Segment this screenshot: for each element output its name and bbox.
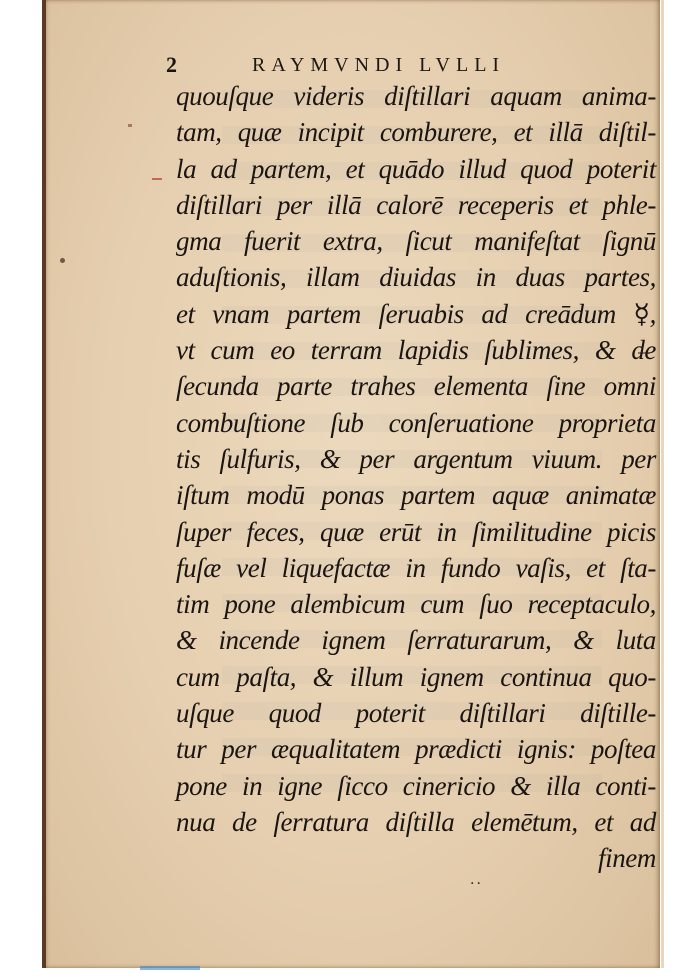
text-line: ſecunda parte trahes elementa ſine omni	[176, 368, 656, 404]
text-line: combuſtione ſub conſeruatione proprieta	[176, 405, 656, 441]
book-page: 2 RAYMVNDI LVLLI quouſque videris diſtil…	[42, 0, 660, 968]
text-line: iſtum modū ponas partem aquæ animatæ	[176, 477, 656, 513]
page-number: 2	[166, 52, 177, 78]
text-line: tis ſulfuris, & per argentum viuum. per	[176, 441, 656, 477]
text-line: quouſque videris diſtillari aquam anima-	[176, 78, 656, 114]
catchword: finem	[176, 840, 656, 876]
page-header: 2 RAYMVNDI LVLLI	[42, 48, 660, 80]
text-line: vt cum eo terram lapidis ſublimes, & de	[176, 332, 656, 368]
text-line: tur per æqualitatem prædicti ignis: poſt…	[176, 731, 656, 767]
text-line: tam, quæ incipit comburere, et illā diſt…	[176, 114, 656, 150]
text-line: ſuper feces, quæ erūt in ſimilitudine pi…	[176, 514, 656, 550]
ink-spot	[60, 258, 65, 263]
text-line: diſtillari per illā calorē receperis et …	[176, 187, 656, 223]
text-line: nua de ſerratura diſtilla elemētum, et a…	[176, 804, 656, 840]
body-text: quouſque videris diſtillari aquam anima-…	[176, 78, 656, 877]
running-head: RAYMVNDI LVLLI	[252, 54, 505, 77]
ornament-dots: ..	[470, 872, 483, 888]
text-line: gma fuerit extra, ſicut manifeſtat ſignū	[176, 223, 656, 259]
red-fleck	[152, 178, 162, 180]
text-line: tim pone alembicum cum ſuo receptaculo,	[176, 586, 656, 622]
text-line: & incende ignem ſerraturarum, & luta	[176, 622, 656, 658]
text-line: aduſtionis, illam diuidas in duas partes…	[176, 259, 656, 295]
scan-artifact	[140, 966, 200, 970]
paper-fleck	[128, 124, 132, 127]
text-line: et vnam partem ſeruabis ad creādum ☿,	[176, 296, 656, 332]
text-line: cum paſta, & illum ignem continua quo-	[176, 659, 656, 695]
text-line: pone in igne ſicco cinericio & illa cont…	[176, 768, 656, 804]
text-line: la ad partem, et quādo illud quod poteri…	[176, 151, 656, 187]
text-line: uſque quod poterit diſtillari diſtille-	[176, 695, 656, 731]
text-line: fuſæ vel liquefactæ in fundo vaſis, et ſ…	[176, 550, 656, 586]
